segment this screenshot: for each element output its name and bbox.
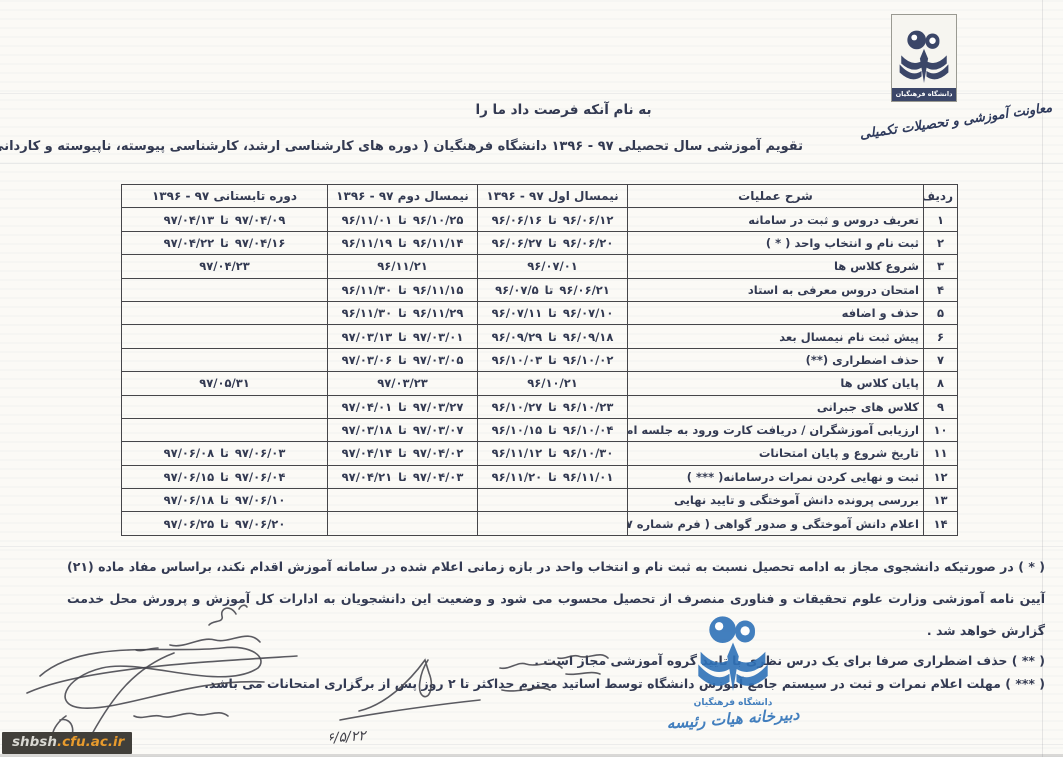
summer-dates: ۹۷/۰۴/۰۹ تا ۹۷/۰۴/۱۳ (122, 208, 328, 231)
table-row: ۸ پایان کلاس ها ۹۶/۱۰/۲۱ ۹۷/۰۳/۲۳ ۹۷/۰۵/… (122, 372, 958, 395)
operation-description: تعریف دروس و ثبت در سامانه (628, 208, 924, 231)
row-number: ۱ (924, 208, 958, 231)
semester1-dates: ۹۶/۰۷/۰۱ (478, 255, 628, 278)
header-first-semester: نیمسال اول ۹۷ - ۱۳۹۶ (478, 185, 628, 208)
stamp-office-name: دبیرخانه هیات رئیسه (653, 704, 814, 733)
semester2-dates (328, 489, 478, 512)
row-number: ۳ (924, 255, 958, 278)
row-number: ۱۰ (924, 418, 958, 441)
semester1-dates: ۹۶/۰۶/۲۰ تا ۹۶/۰۶/۲۷ (478, 231, 628, 254)
semester1-dates: ۹۶/۰۶/۲۱ تا ۹۶/۰۷/۵ (478, 278, 628, 301)
semester1-dates: ۹۶/۱۰/۲۱ (478, 372, 628, 395)
summer-dates: ۹۷/۰۶/۰۴ تا ۹۷/۰۶/۱۵ (122, 465, 328, 488)
semester2-dates: ۹۷/۰۴/۰۳ تا ۹۷/۰۴/۲۱ (328, 465, 478, 488)
header-second-semester: نیمسال دوم ۹۷ - ۱۳۹۶ (328, 185, 478, 208)
operation-description: ثبت نام و انتخاب واحد ( * ) (628, 231, 924, 254)
semester1-dates: ۹۶/۰۹/۱۸ تا ۹۶/۰۹/۲۹ (478, 325, 628, 348)
operation-description: اعلام دانش آموختگی و صدور گواهی ( فرم شم… (628, 512, 924, 535)
semester2-dates: ۹۷/۰۳/۰۵ تا ۹۷/۰۳/۰۶ (328, 348, 478, 371)
operation-description: تاریخ شروع و پایان امتحانات (628, 442, 924, 465)
operation-description: ارزیابی آموزشگران / دریافت کارت ورود به … (628, 418, 924, 441)
summer-dates (122, 278, 328, 301)
semester2-dates: ۹۶/۱۱/۱۴ تا ۹۶/۱۱/۱۹ (328, 231, 478, 254)
calendar-table-body: ۱ تعریف دروس و ثبت در سامانه ۹۶/۰۶/۱۲ تا… (122, 208, 958, 535)
semester2-dates: ۹۶/۱۱/۱۵ تا ۹۶/۱۱/۳۰ (328, 278, 478, 301)
watermark-prefix: shbsh (12, 734, 57, 750)
semester1-dates: ۹۶/۰۶/۱۲ تا ۹۶/۰۶/۱۶ (478, 208, 628, 231)
summer-dates: ۹۷/۰۵/۳۱ (122, 372, 328, 395)
watermark-suffix: .cfu.ac.ir (57, 734, 124, 750)
table-row: ۱۳ بررسی پرونده دانش آموختگی و تایید نها… (122, 489, 958, 512)
row-number: ۲ (924, 231, 958, 254)
table-row: ۷ حذف اضطراری (**) ۹۶/۱۰/۰۲ تا ۹۶/۱۰/۰۳ … (122, 348, 958, 371)
university-logo-box: دانشگاه فرهنگیان (891, 14, 957, 102)
semester2-dates: ۹۷/۰۴/۰۲ تا ۹۷/۰۴/۱۴ (328, 442, 478, 465)
bismillah-line: به نام آنکه فرصت داد ما را (32, 102, 1063, 118)
semester2-dates: ۹۷/۰۳/۰۱ تا ۹۷/۰۳/۱۳ (328, 325, 478, 348)
semester1-dates: ۹۶/۱۰/۲۳ تا ۹۶/۱۰/۲۷ (478, 395, 628, 418)
scan-artifact-line (0, 546, 1063, 547)
row-number: ۱۳ (924, 489, 958, 512)
semester2-dates: ۹۷/۰۳/۲۷ تا ۹۷/۰۴/۰۱ (328, 395, 478, 418)
footnote-grade-deadline: ( *** ) مهلت اعلام نمرات و ثبت در سیستم … (17, 673, 1045, 695)
row-number: ۱۴ (924, 512, 958, 535)
document-title: تقویم آموزشی سال تحصیلی ۹۷ - ۱۳۹۶ دانشگا… (0, 139, 803, 154)
table-row: ۴ امتحان دروس معرفی به استاد ۹۶/۰۶/۲۱ تا… (122, 278, 958, 301)
semester1-dates: ۹۶/۱۱/۰۱ تا ۹۶/۱۱/۲۰ (478, 465, 628, 488)
header-row-number: ردیف (924, 185, 958, 208)
operation-description: بررسی پرونده دانش آموختگی و تایید نهایی (628, 489, 924, 512)
table-row: ۱۰ ارزیابی آموزشگران / دریافت کارت ورود … (122, 418, 958, 441)
semester1-dates (478, 489, 628, 512)
summer-dates (122, 325, 328, 348)
table-row: ۱۴ اعلام دانش آموختگی و صدور گواهی ( فرم… (122, 512, 958, 535)
summer-dates: ۹۷/۰۶/۱۰ تا ۹۷/۰۶/۱۸ (122, 489, 328, 512)
operation-description: پایان کلاس ها (628, 372, 924, 395)
summer-dates: ۹۷/۰۴/۲۳ (122, 255, 328, 278)
summer-dates (122, 395, 328, 418)
row-number: ۶ (924, 325, 958, 348)
footnotes-block: ( * ) در صورتیکه دانشجوی مجاز به ادامه ت… (17, 551, 1045, 695)
summer-dates: ۹۷/۰۴/۱۶ تا ۹۷/۰۴/۲۲ (122, 231, 328, 254)
scan-artifact-line (0, 744, 1063, 745)
row-number: ۷ (924, 348, 958, 371)
operation-description: شروع کلاس ها (628, 255, 924, 278)
farhangian-stamp-logo-icon (696, 612, 770, 696)
summer-dates: ۹۷/۰۶/۲۰ تا ۹۷/۰۶/۲۵ (122, 512, 328, 535)
semester1-dates: ۹۶/۱۰/۳۰ تا ۹۶/۱۱/۱۲ (478, 442, 628, 465)
row-number: ۴ (924, 278, 958, 301)
academic-calendar-table: ردیف شرح عملیات نیمسال اول ۹۷ - ۱۳۹۶ نیم… (121, 184, 958, 536)
semester1-dates (478, 512, 628, 535)
table-row: ۵ حذف و اضافه ۹۶/۰۷/۱۰ تا ۹۶/۰۷/۱۱ ۹۶/۱۱… (122, 301, 958, 324)
semester1-dates: ۹۶/۰۷/۱۰ تا ۹۶/۰۷/۱۱ (478, 301, 628, 324)
table-row: ۳ شروع کلاس ها ۹۶/۰۷/۰۱ ۹۶/۱۱/۲۱ ۹۷/۰۴/۲… (122, 255, 958, 278)
table-row: ۶ پیش ثبت نام نیمسال بعد ۹۶/۰۹/۱۸ تا ۹۶/… (122, 325, 958, 348)
summer-dates (122, 348, 328, 371)
semester2-dates: ۹۶/۱۱/۲۹ تا ۹۶/۱۱/۳۰ (328, 301, 478, 324)
operation-description: ثبت و نهایی کردن نمرات درسامانه( *** ) (628, 465, 924, 488)
operation-description: امتحان دروس معرفی به استاد (628, 278, 924, 301)
operation-description: حذف اضطراری (**) (628, 348, 924, 371)
scan-artifact-line (0, 163, 1063, 164)
table-row: ۱ تعریف دروس و ثبت در سامانه ۹۶/۰۶/۱۲ تا… (122, 208, 958, 231)
operation-description: حذف و اضافه (628, 301, 924, 324)
summer-dates (122, 301, 328, 324)
row-number: ۱۲ (924, 465, 958, 488)
semester1-dates: ۹۶/۱۰/۰۲ تا ۹۶/۱۰/۰۳ (478, 348, 628, 371)
farhangian-university-logo-icon (898, 27, 950, 87)
row-number: ۸ (924, 372, 958, 395)
semester2-dates (328, 512, 478, 535)
semester2-dates: ۹۷/۰۳/۰۷ تا ۹۷/۰۳/۱۸ (328, 418, 478, 441)
table-row: ۹ کلاس های جبرانی ۹۶/۱۰/۲۳ تا ۹۶/۱۰/۲۷ ۹… (122, 395, 958, 418)
site-watermark: shbsh.cfu.ac.ir (2, 732, 132, 754)
semester2-dates: ۹۶/۱۰/۲۵ تا ۹۶/۱۱/۰۱ (328, 208, 478, 231)
semester2-dates: ۹۶/۱۱/۲۱ (328, 255, 478, 278)
header-operation: شرح عملیات (628, 185, 924, 208)
table-row: ۱۲ ثبت و نهایی کردن نمرات درسامانه( *** … (122, 465, 958, 488)
footnote-emergency-drop: ( ** ) حذف اضطراری صرفا برای یک درس نظری… (17, 649, 1045, 673)
table-header-row: ردیف شرح عملیات نیمسال اول ۹۷ - ۱۳۹۶ نیم… (122, 185, 958, 208)
row-number: ۱۱ (924, 442, 958, 465)
semester2-dates: ۹۷/۰۳/۲۳ (328, 372, 478, 395)
footnote-registration: ( * ) در صورتیکه دانشجوی مجاز به ادامه ت… (67, 551, 1045, 647)
table-row: ۲ ثبت نام و انتخاب واحد ( * ) ۹۶/۰۶/۲۰ ت… (122, 231, 958, 254)
operation-description: کلاس های جبرانی (628, 395, 924, 418)
university-name-band: دانشگاه فرهنگیان (892, 88, 956, 101)
row-number: ۵ (924, 301, 958, 324)
summer-dates (122, 418, 328, 441)
header-summer-term: دوره تابستانی ۹۷ - ۱۳۹۶ (122, 185, 328, 208)
table-row: ۱۱ تاریخ شروع و پایان امتحانات ۹۶/۱۰/۳۰ … (122, 442, 958, 465)
row-number: ۹ (924, 395, 958, 418)
operation-description: پیش ثبت نام نیمسال بعد (628, 325, 924, 348)
scanned-document-page: دانشگاه فرهنگیان معاونت آموزشی و تحصیلات… (0, 0, 1063, 757)
semester1-dates: ۹۶/۱۰/۰۴ تا ۹۶/۱۰/۱۵ (478, 418, 628, 441)
summer-dates: ۹۷/۰۶/۰۳ تا ۹۷/۰۶/۰۸ (122, 442, 328, 465)
office-stamp: دانشگاه فرهنگیان دبیرخانه هیات رئیسه (653, 612, 813, 728)
